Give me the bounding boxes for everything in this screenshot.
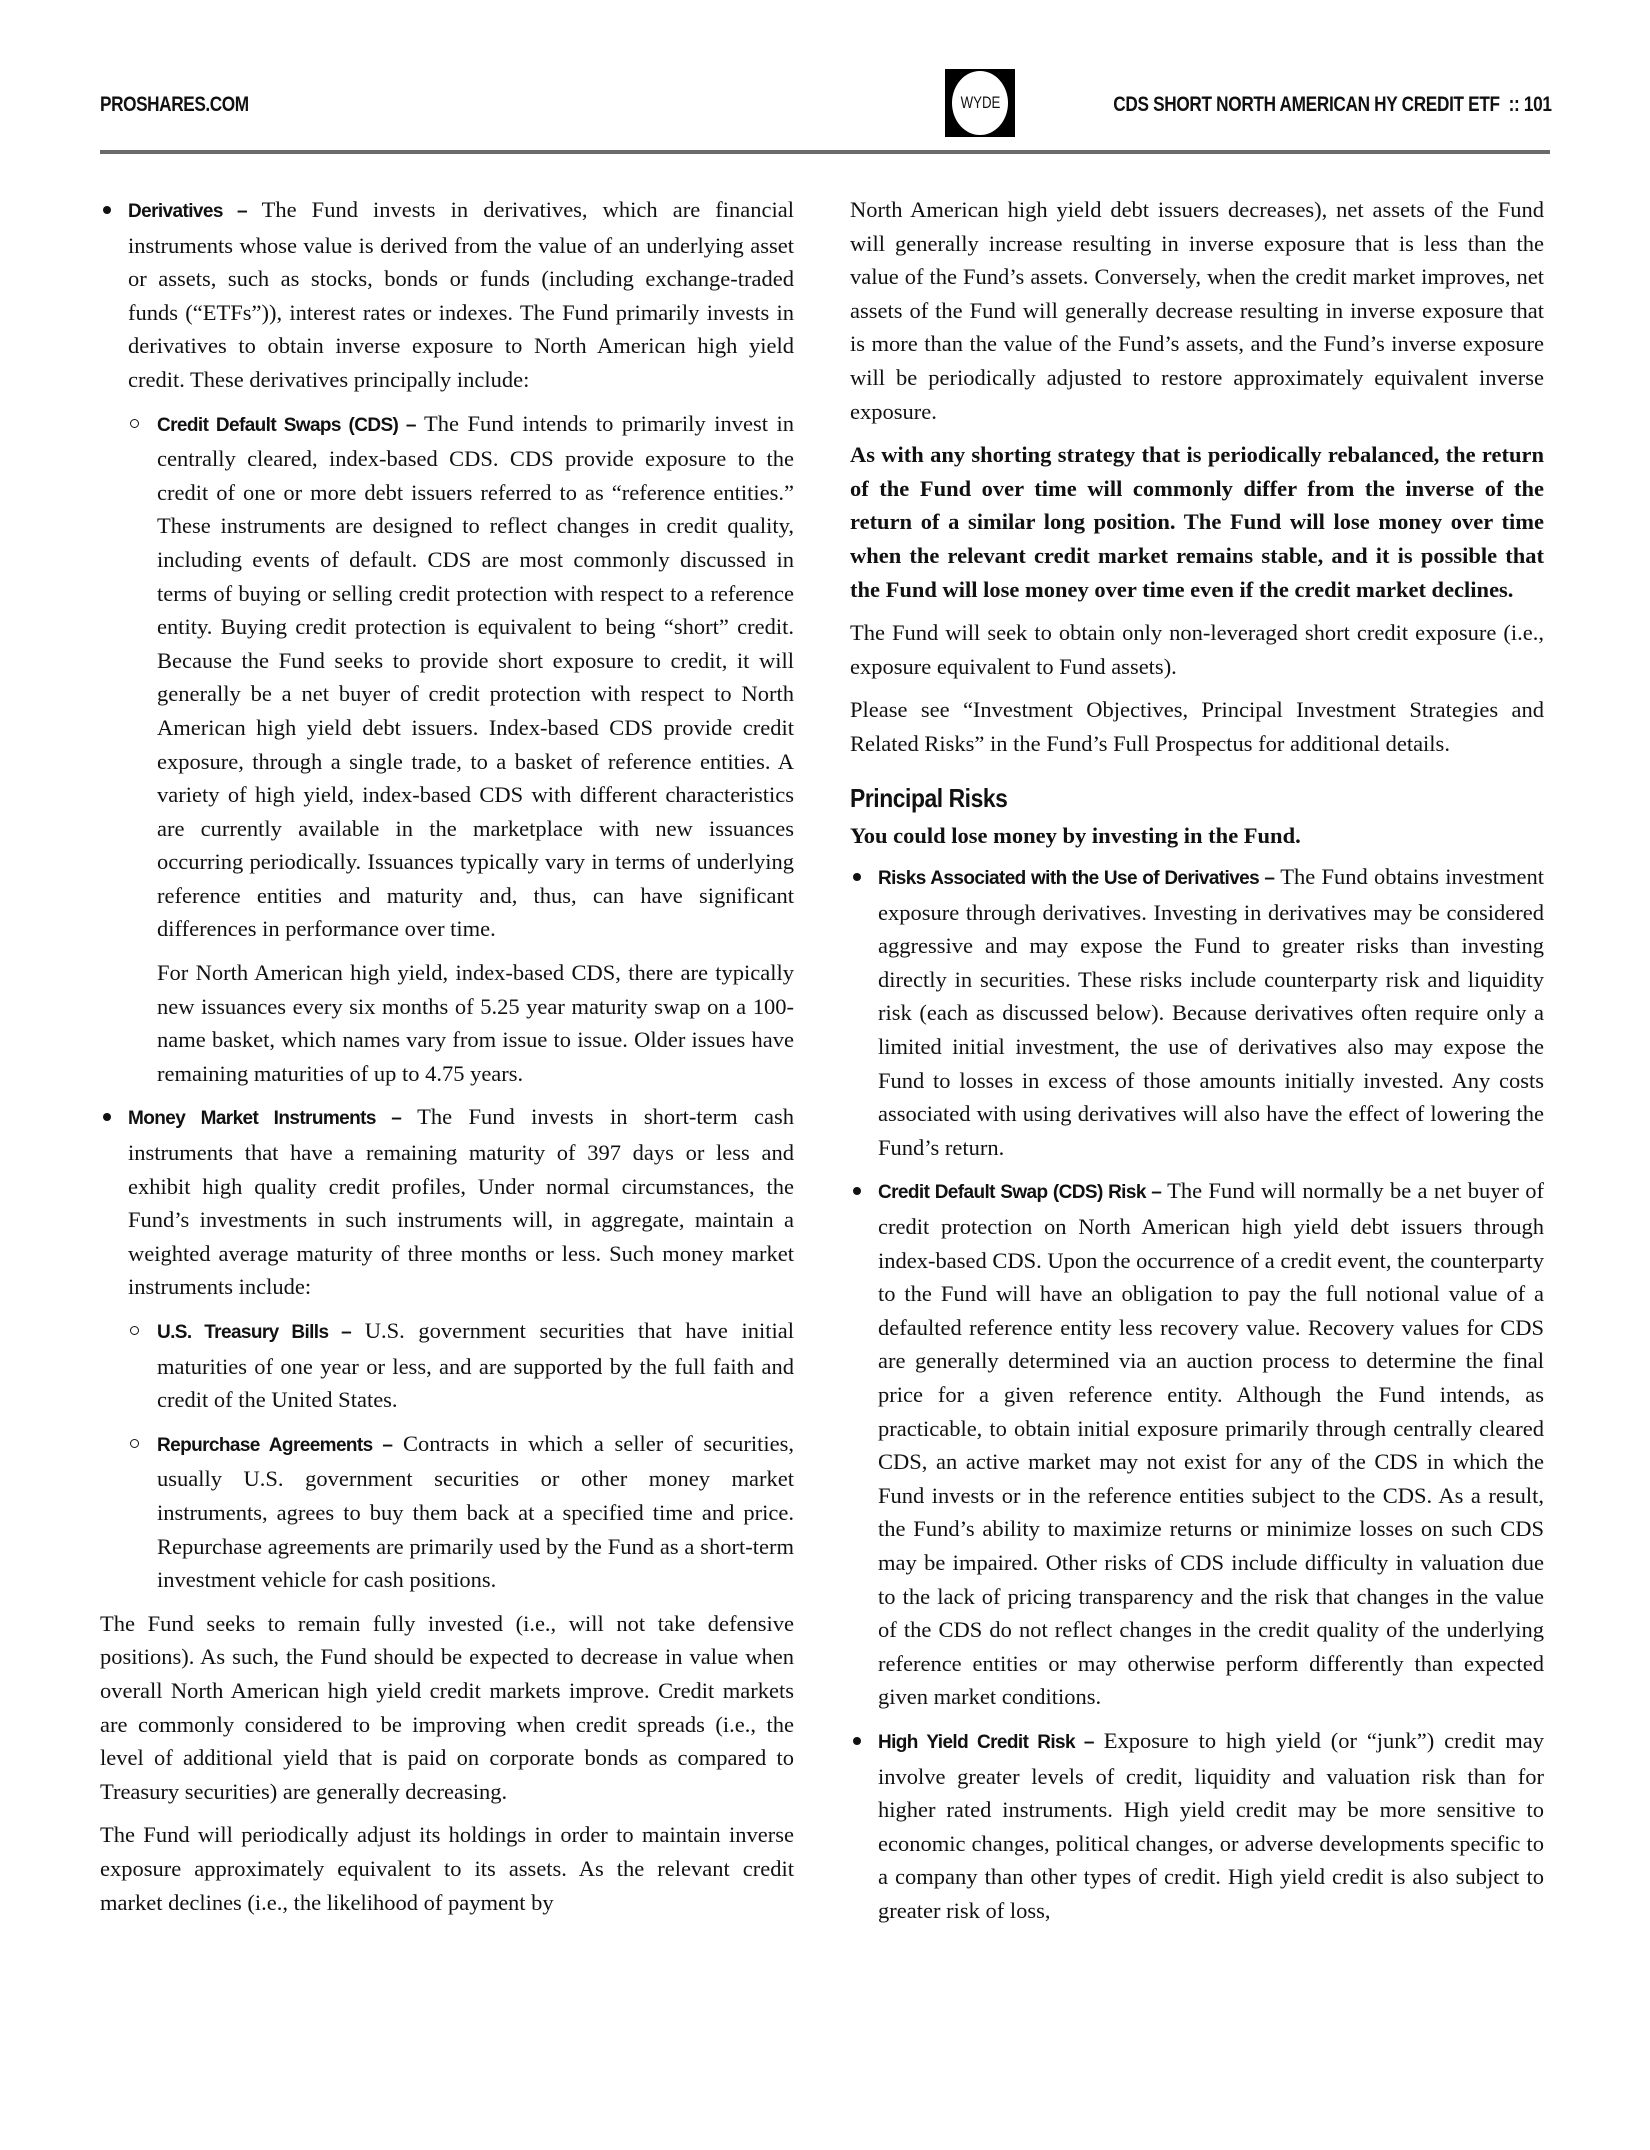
item-lead: Derivatives – <box>128 201 247 222</box>
list-item-derivatives-risk: Risks Associated with the Use of Derivat… <box>850 860 1544 1164</box>
left-column: Derivatives – The Fund invests in deriva… <box>100 193 794 1929</box>
item-lead: Credit Default Swap (CDS) Risk – <box>878 1182 1161 1203</box>
list-item-cds-risk: Credit Default Swap (CDS) Risk – The Fun… <box>850 1174 1544 1714</box>
item-lead: Risks Associated with the Use of Derivat… <box>878 868 1274 889</box>
risk-list: Risks Associated with the Use of Derivat… <box>850 860 1544 1927</box>
paragraph-non-leveraged: The Fund will seek to obtain only non-le… <box>850 616 1544 683</box>
item-lead: Credit Default Swaps (CDS) – <box>157 415 416 436</box>
page-number: 101 <box>1524 93 1552 116</box>
paragraph-shorting-warning: As with any shorting strategy that is pe… <box>850 438 1544 606</box>
running-title: CDS SHORT NORTH AMERICAN HY CREDIT ETF :… <box>1114 93 1552 117</box>
item-text: Exposure to high yield (or “junk”) credi… <box>878 1728 1544 1923</box>
item-lead: High Yield Credit Risk – <box>878 1732 1094 1753</box>
paragraph-continued: North American high yield debt issuers d… <box>850 193 1544 428</box>
list-item-money-market: Money Market Instruments – The Fund inve… <box>100 1100 794 1596</box>
item-lead: Repurchase Agreements – <box>157 1435 392 1456</box>
strategy-list: Derivatives – The Fund invests in deriva… <box>100 193 794 1597</box>
item-text: The Fund will normally be a net buyer of… <box>878 1178 1544 1709</box>
site-name: PROSHARES.COM <box>100 93 249 117</box>
money-market-sublist: U.S. Treasury Bills – U.S. government se… <box>128 1314 794 1597</box>
item-lead: Money Market Instruments – <box>128 1108 401 1129</box>
paragraph-adjust-holdings: The Fund will periodically adjust its ho… <box>100 1818 794 1919</box>
badge-circle-icon: WYDE <box>952 71 1008 135</box>
list-item-treasury-bills: U.S. Treasury Bills – U.S. government se… <box>128 1314 794 1417</box>
header-rule <box>100 150 1550 154</box>
risk-warning-subheading: You could lose money by investing in the… <box>850 819 1544 853</box>
title-separator: :: <box>1509 93 1520 116</box>
wyde-ticker-badge: WYDE <box>945 69 1015 137</box>
item-text: The Fund obtains investment exposure thr… <box>878 864 1544 1160</box>
derivatives-sublist: Credit Default Swaps (CDS) – The Fund in… <box>128 407 794 1091</box>
right-column: North American high yield debt issuers d… <box>850 193 1544 1938</box>
list-item-high-yield-risk: High Yield Credit Risk – Exposure to hig… <box>850 1724 1544 1928</box>
item-text: The Fund intends to primarily invest in … <box>157 411 794 942</box>
item-text: The Fund invests in short-term cash inst… <box>128 1104 794 1299</box>
item-lead: U.S. Treasury Bills – <box>157 1322 351 1343</box>
cds-followup-paragraph: For North American high yield, index-bas… <box>157 956 794 1090</box>
section-heading-principal-risks: Principal Risks <box>850 783 1461 813</box>
list-item-repurchase-agreements: Repurchase Agreements – Contracts in whi… <box>128 1427 794 1597</box>
document-page: PROSHARES.COM WYDE CDS SHORT NORTH AMERI… <box>0 0 1650 2150</box>
list-item-cds: Credit Default Swaps (CDS) – The Fund in… <box>128 407 794 1091</box>
paragraph-please-see: Please see “Investment Objectives, Princ… <box>850 693 1544 760</box>
list-item-derivatives: Derivatives – The Fund invests in deriva… <box>100 193 794 1090</box>
paragraph-fully-invested: The Fund seeks to remain fully invested … <box>100 1607 794 1809</box>
item-text: The Fund invests in derivatives, which a… <box>128 197 794 392</box>
fund-title: CDS SHORT NORTH AMERICAN HY CREDIT ETF <box>1114 93 1500 116</box>
badge-ticker: WYDE <box>960 93 1000 113</box>
